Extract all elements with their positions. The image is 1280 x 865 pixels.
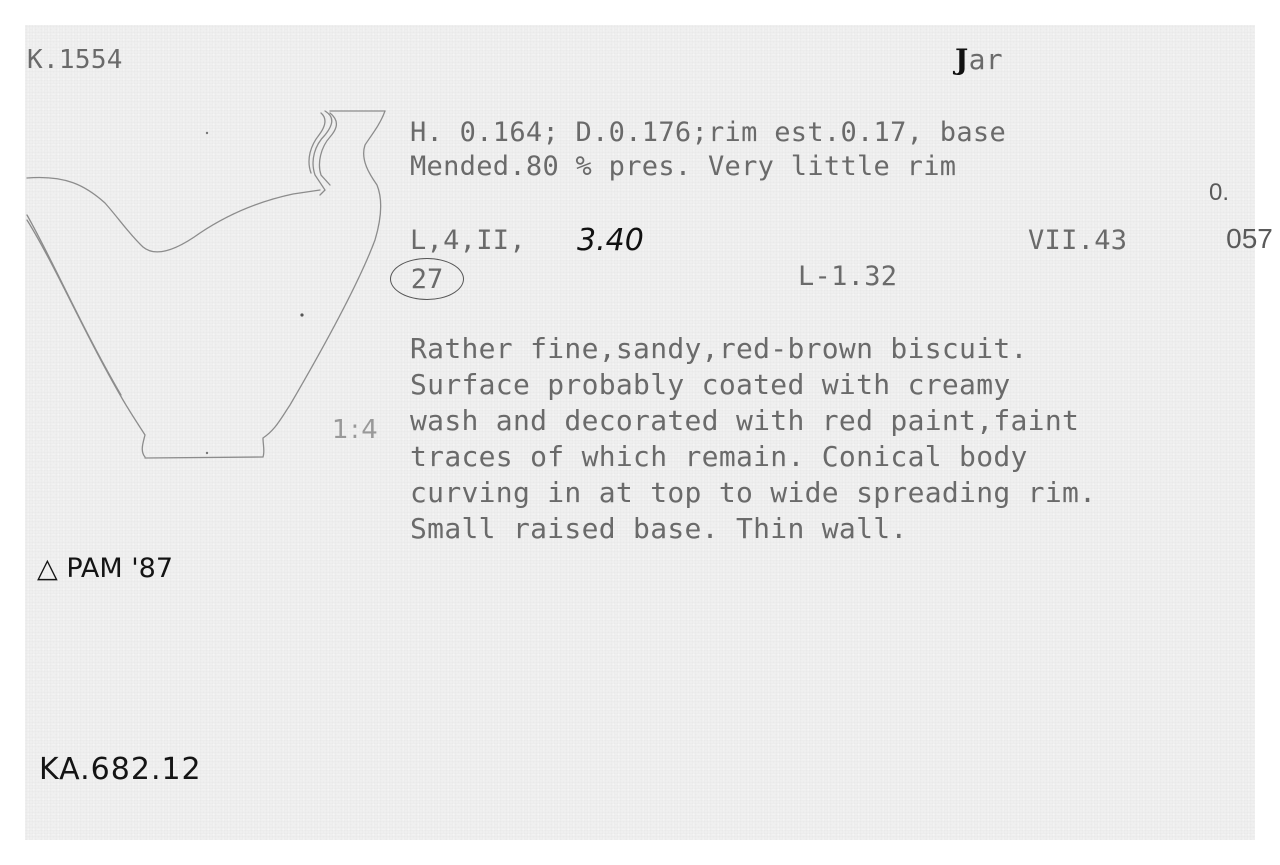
object-type: Jar (955, 43, 1003, 76)
description-line: Rather fine,sandy,red-brown biscuit. (410, 332, 1028, 365)
circled-number: 27 (390, 258, 464, 300)
base-value-bottom: 057 (1226, 223, 1273, 254)
date: VII.43 (1028, 225, 1127, 256)
locus-typed: L,4,II, (410, 225, 542, 256)
level: L-1.32 (798, 261, 897, 292)
description-line: Small raised base. Thin wall. (410, 512, 908, 545)
ka-number: KA.682.12 (39, 752, 202, 787)
catalog-card: K.1554 Jar H. 0.164; D.0.176;rim est.0.1… (25, 25, 1255, 840)
object-type-initial: J (955, 43, 969, 76)
description-line: wash and decorated with red paint,faint (410, 404, 1079, 437)
description-line: curving in at top to wide spreading rim. (410, 476, 1096, 509)
base-value-top: 0. (1209, 183, 1273, 203)
description-line: Surface probably coated with creamy (410, 368, 1011, 401)
locus-handwritten: 3.40 (577, 223, 644, 258)
pam-note-text: PAM '87 (66, 553, 173, 584)
catalog-number: K.1554 (27, 45, 123, 75)
dimensions-line: H. 0.164; D.0.176;rim est.0.17, base (410, 117, 1006, 148)
base-value-note: 0. 057 (1195, 135, 1273, 274)
circled-number-text: 27 (411, 264, 444, 295)
pam-note: △ PAM '87 (37, 553, 173, 584)
preservation-line: Mended.80 % pres. Very little rim (410, 151, 956, 182)
triangle-icon: △ (37, 553, 66, 584)
object-type-rest: ar (969, 43, 1003, 76)
drawing-scale: 1:4 (332, 415, 380, 445)
description-line: traces of which remain. Conical body (410, 440, 1028, 473)
